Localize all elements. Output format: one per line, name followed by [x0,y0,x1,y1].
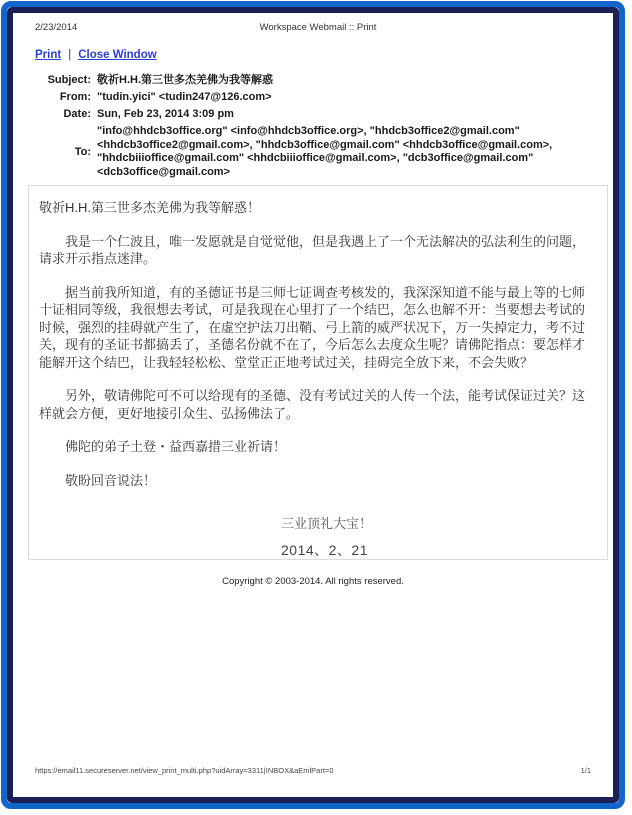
to-value: "info@hhdcb3office.org" <info@hhdcb3offi… [97,125,552,179]
print-page: 2/23/2014 Workspace Webmail :: Print Pri… [13,13,613,797]
screenshot-outer-frame: 2/23/2014 Workspace Webmail :: Print Pri… [1,1,625,809]
date-row: Date: Sun, Feb 23, 2014 3:09 pm [25,108,601,121]
date-value: Sun, Feb 23, 2014 3:09 pm [97,108,234,121]
body-paragraph: 我是一个仁波且，唯一发愿就是自觉觉他，但是我遇上了一个无法解决的弘法利生的问题，… [39,233,595,268]
print-button[interactable]: Print [35,49,61,61]
to-label: To: [25,146,91,159]
page-indicator: 1/1 [581,766,591,775]
body-greeting: 敬祈H.H.第三世多杰羌佛为我等解惑！ [39,199,595,217]
to-line: "info@hhdcb3office.org" <info@hhdcb3offi… [97,125,552,139]
body-disciple-line: 佛陀的弟子土登・益西嘉措三业祈请！ [39,438,595,456]
screenshot-inner-frame: 2/23/2014 Workspace Webmail :: Print Pri… [7,7,619,803]
subject-label: Subject: [25,74,91,87]
from-label: From: [25,91,91,104]
from-value: "tudin.yici" <tudin247@126.com> [97,91,272,104]
body-paragraph: 据当前我所知道，有的圣德证书是三师七证调查考核发的，我深深知道不能与最上等的七师… [39,284,595,372]
page-title: Workspace Webmail :: Print [224,22,413,33]
subject-value: 敬祈H.H.第三世多杰羌佛为我等解惑 [97,74,273,87]
copyright-notice: Copyright © 2003-2014. All rights reserv… [25,576,601,587]
from-row: From: "tudin.yici" <tudin247@126.com> [25,91,601,104]
to-line: "hhdcbiiioffice@gmail.com" <hhdcbiiioffi… [97,152,552,166]
body-paragraph: 另外，敬请佛陀可不可以给现有的圣德、没有考试过关的人传一个法，能考试保证过关？这… [39,387,595,422]
to-row: To: "info@hhdcb3office.org" <info@hhdcb3… [25,125,601,179]
email-headers: Subject: 敬祈H.H.第三世多杰羌佛为我等解惑 From: "tudin… [25,74,601,179]
body-reply-line: 敬盼回音说法！ [39,472,595,490]
close-window-button[interactable]: Close Window [78,49,156,61]
subject-row: Subject: 敬祈H.H.第三世多杰羌佛为我等解惑 [25,74,601,87]
signature-date: 2014、2、21 [281,542,595,560]
print-url: https://email11.secureserver.net/view_pr… [35,766,334,775]
print-toolbar: Print|Close Window [35,49,601,61]
to-line: <hhdcb3office2@gmail.com>, "hhdcb3office… [97,139,552,153]
browser-print-footer: https://email11.secureserver.net/view_pr… [13,766,613,775]
print-date: 2/23/2014 [25,22,224,33]
signature-salute: 三业顶礼大宝！ [281,515,595,533]
to-line: <dcb3office@gmail.com> [97,166,552,180]
toolbar-separator: | [68,49,71,61]
date-label: Date: [25,108,91,121]
browser-print-header: 2/23/2014 Workspace Webmail :: Print [25,22,601,33]
email-body: 敬祈H.H.第三世多杰羌佛为我等解惑！ 我是一个仁波且，唯一发愿就是自觉觉他，但… [28,185,608,560]
